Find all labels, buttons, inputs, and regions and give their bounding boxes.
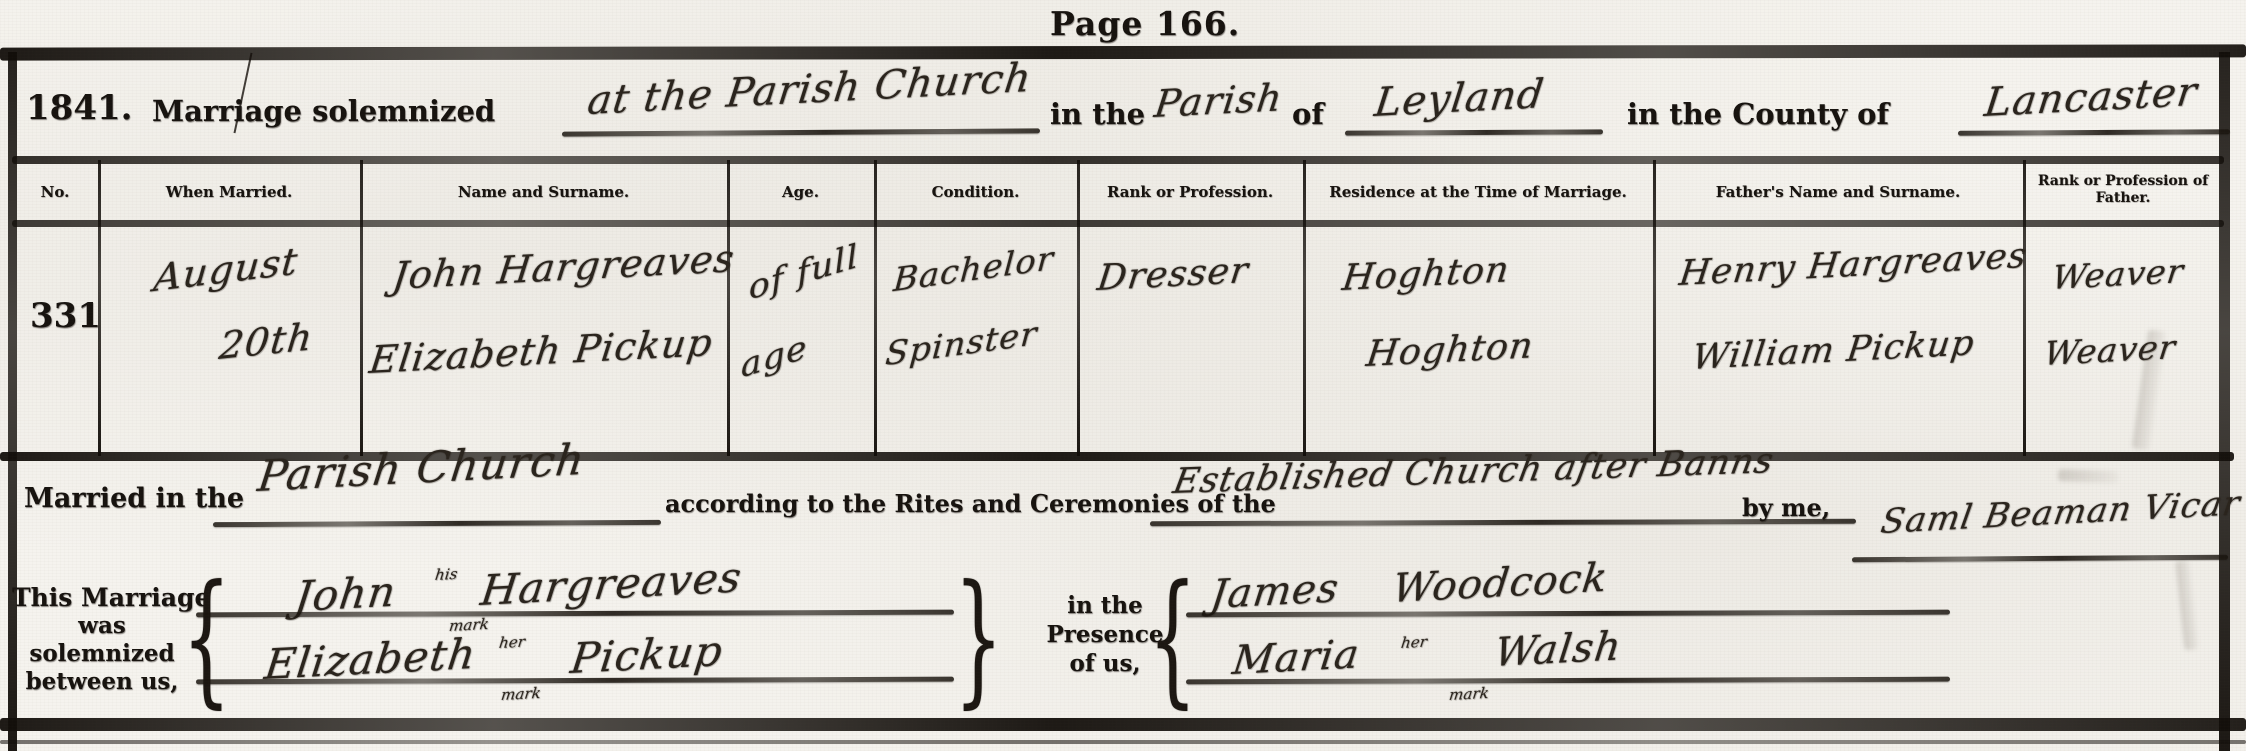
column-header-when-married: When Married. <box>98 168 360 216</box>
bottom-border-rule <box>0 718 2246 731</box>
ceremony-printed-married-in: Married in the <box>24 483 244 514</box>
signing-label-line1: This Marriage <box>12 583 192 612</box>
entry-father-rank-groom: Weaver <box>2050 251 2186 297</box>
heading-handwritten-parish-word: Parish <box>1152 75 1285 126</box>
heading-handwritten-parish-name: Leyland <box>1372 71 1547 126</box>
entry-father-groom: Henry Hargreaves <box>1677 236 2029 294</box>
column-header-name-surname: Name and Surname. <box>360 168 727 216</box>
brace-open-witnesses: { <box>1148 554 1197 722</box>
ink-bleedthrough <box>2175 560 2198 651</box>
heading-underline-county <box>1958 129 2230 135</box>
brace-open-couple: { <box>182 554 231 722</box>
heading-printed-solemnized: Marriage solemnized <box>152 94 495 128</box>
bottom-edge-rule <box>0 740 2246 744</box>
entry-condition-groom: Bachelor <box>892 238 1055 299</box>
entry-residence-groom: Hoghton <box>1340 249 1512 299</box>
page-number: Page 166. <box>1050 4 1240 43</box>
groom-signature-last: Hargreaves <box>478 553 745 615</box>
bride-mark-over: her <box>498 633 526 652</box>
entry-age-line2: age <box>739 328 809 386</box>
signing-label-line2: was <box>12 612 192 639</box>
register-table: No. When Married. Name and Surname. Age.… <box>12 156 2224 461</box>
entry-bride-name: Elizabeth Pickup <box>367 320 715 382</box>
marriage-register-scan: Page 166. 1841. Marriage solemnized at t… <box>0 0 2246 751</box>
column-header-father-rank: Rank or Profession of Father. <box>2023 162 2223 218</box>
witness1-signature-last: Woodcock <box>1390 555 1611 612</box>
heading-printed-of: of <box>1292 97 1324 131</box>
witness1-signature-first: James <box>1208 565 1342 618</box>
column-header-condition: Condition. <box>874 168 1077 216</box>
column-header-father-name: Father's Name and Surname. <box>1653 168 2023 216</box>
witness2-mark-under: mark <box>1448 684 1490 704</box>
entry-age-line1: of full <box>747 237 860 308</box>
heading-printed-in-the: in the <box>1050 97 1145 131</box>
heading-underline-place <box>562 128 1040 136</box>
signing-label-line4: between us, <box>12 668 192 695</box>
column-header-rank-profession: Rank or Profession. <box>1077 168 1303 216</box>
entry-when-married-day: 20th <box>217 315 315 368</box>
brace-close-couple: } <box>954 554 1003 722</box>
heading-handwritten-county-name: Lancaster <box>1982 69 2200 126</box>
groom-mark-over: his <box>434 565 459 584</box>
ceremony-officiant-signature: Saml Beaman Vicar <box>1878 483 2243 542</box>
entry-groom-name: John Hargreaves <box>390 236 737 298</box>
entry-father-bride: William Pickup <box>1690 323 1977 378</box>
heading-handwritten-place: at the Parish Church <box>585 55 1034 124</box>
column-header-residence: Residence at the Time of Marriage. <box>1303 168 1653 216</box>
witness2-mark-over: her <box>1400 633 1428 652</box>
entry-residence-bride: Hoghton <box>1364 325 1536 375</box>
entry-number: 331 <box>30 296 101 336</box>
heading-underline-parish <box>1345 129 1603 135</box>
column-header-age: Age. <box>727 168 874 216</box>
signing-label-line3: solemnized <box>12 640 192 667</box>
bride-mark-under: mark <box>500 684 542 704</box>
ink-bleedthrough <box>2058 469 2118 483</box>
entry-when-married-month: August <box>152 239 300 300</box>
entry-condition-bride: Spinster <box>884 314 1039 373</box>
ceremony-printed-by-me: by me, <box>1742 493 1830 522</box>
table-header-separator-rule <box>12 220 2224 227</box>
witness2-signature-first: Maria <box>1230 631 1362 684</box>
ceremony-underline-officiant <box>1852 555 2228 563</box>
heading-printed-in-county-of: in the County of <box>1627 97 1889 131</box>
ceremony-underline-church <box>213 520 661 527</box>
table-top-rule <box>12 156 2224 164</box>
column-header-no: No. <box>12 168 98 216</box>
entry-rank-profession: Dresser <box>1095 250 1251 299</box>
top-border-rule <box>0 44 2246 60</box>
witness2-signature-last: Walsh <box>1492 623 1624 676</box>
heading-year: 1841. <box>26 88 132 128</box>
bride-signature-last: Pickup <box>568 626 726 683</box>
